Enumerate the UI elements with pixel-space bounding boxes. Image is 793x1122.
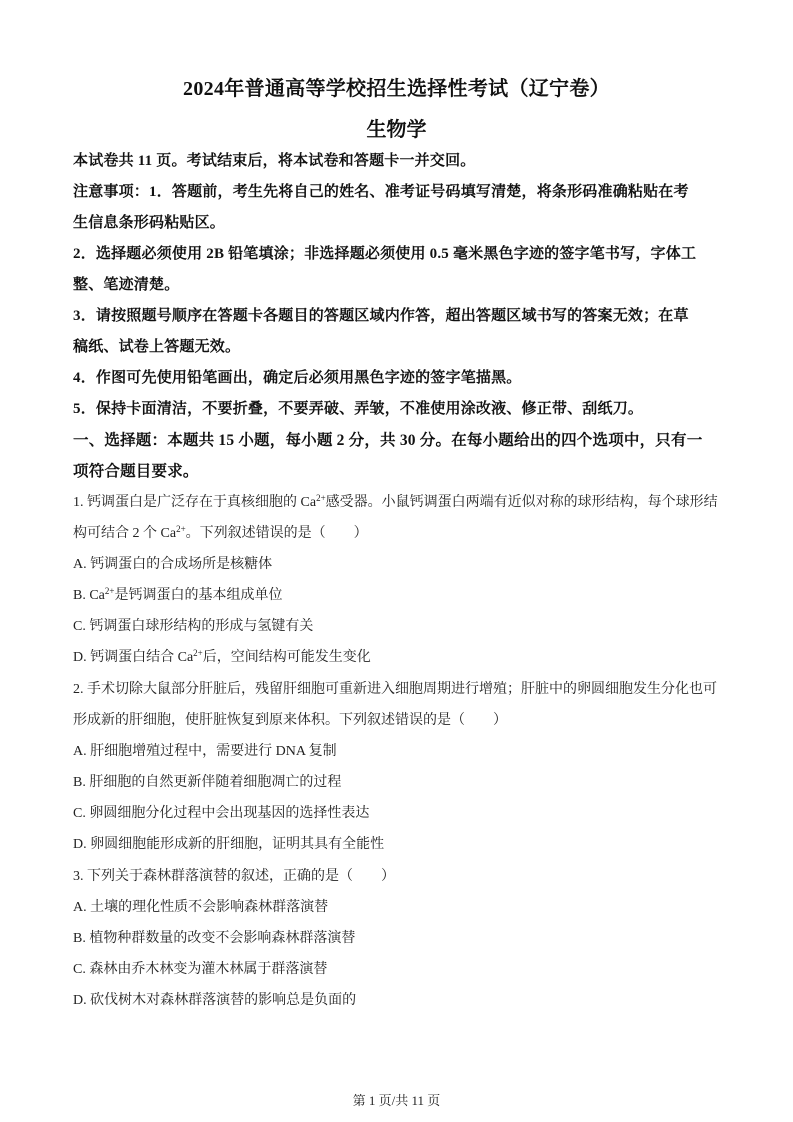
subject-title: 生物学: [0, 113, 793, 142]
notice-line: 3．请按照题号顺序在答题卡各题目的答题区域内作答，超出答题区域书写的答案无效；在…: [73, 301, 723, 332]
option-c: C. 卵圆细胞分化过程中会出现基因的选择性表达: [73, 798, 723, 829]
notice-line: 2．选择题必须使用 2B 铅笔填涂；非选择题必须使用 0.5 毫米黑色字迹的签字…: [73, 239, 723, 270]
exam-title: 2024年普通高等学校招生选择性考试（辽宁卷）: [0, 72, 793, 101]
section-heading-line: 一、选择题：本题共 15 小题，每小题 2 分，共 30 分。在每小题给出的四个…: [73, 425, 723, 456]
notice-line: 4．作图可先使用铅笔画出，确定后必须用黑色字迹的签字笔描黑。: [73, 363, 723, 394]
question-stem-line: 构可结合 2 个 Ca2+。下列叙述错误的是（ ）: [73, 518, 723, 549]
notice-line: 稿纸、试卷上答题无效。: [73, 332, 723, 363]
option-a: A. 钙调蛋白的合成场所是核糖体: [73, 549, 723, 580]
option-a: A. 肝细胞增殖过程中，需要进行 DNA 复制: [73, 736, 723, 767]
question-2: 2. 手术切除大鼠部分肝脏后，残留肝细胞可重新进入细胞周期进行增殖；肝脏中的卵圆…: [73, 674, 723, 860]
notice-line: 5．保持卡面清洁，不要折叠，不要弄破、弄皱，不准使用涂改液、修正带、刮纸刀。: [73, 394, 723, 425]
option-c: C. 森林由乔木林变为灌木林属于群落演替: [73, 954, 723, 985]
section-heading-line: 项符合题目要求。: [73, 456, 723, 487]
option-d: D. 钙调蛋白结合 Ca2+后，空间结构可能发生变化: [73, 642, 723, 673]
option-d: D. 卵圆细胞能形成新的肝细胞，证明其具有全能性: [73, 829, 723, 860]
notice-line: 生信息条形码粘贴区。: [73, 208, 723, 239]
exam-page: 2024年普通高等学校招生选择性考试（辽宁卷） 生物学 本试卷共 11 页。考试…: [0, 0, 793, 1122]
option-b: B. Ca2+是钙调蛋白的基本组成单位: [73, 580, 723, 611]
notice-line: 整、笔迹清楚。: [73, 270, 723, 301]
question-stem-line: 形成新的肝细胞，使肝脏恢复到原来体积。下列叙述错误的是（ ）: [73, 705, 723, 736]
question-stem-line: 2. 手术切除大鼠部分肝脏后，残留肝细胞可重新进入细胞周期进行增殖；肝脏中的卵圆…: [73, 674, 723, 705]
option-b: B. 植物种群数量的改变不会影响森林群落演替: [73, 923, 723, 954]
question-1: 1. 钙调蛋白是广泛存在于真核细胞的 Ca2+感受器。小鼠钙调蛋白两端有近似对称…: [73, 487, 723, 673]
question-stem-line: 3. 下列关于森林群落演替的叙述，正确的是（ ）: [73, 861, 723, 892]
notice-line: 注意事项：1．答题前，考生先将自己的姓名、准考证号码填写清楚，将条形码准确粘贴在…: [73, 177, 723, 208]
option-b: B. 肝细胞的自然更新伴随着细胞凋亡的过程: [73, 767, 723, 798]
intro-line: 本试卷共 11 页。考试结束后，将本试卷和答题卡一并交回。: [73, 146, 723, 177]
option-c: C. 钙调蛋白球形结构的形成与氢键有关: [73, 611, 723, 642]
page-number: 第 1 页/共 11 页: [0, 1090, 793, 1109]
option-a: A. 土壤的理化性质不会影响森林群落演替: [73, 892, 723, 923]
question-stem-line: 1. 钙调蛋白是广泛存在于真核细胞的 Ca2+感受器。小鼠钙调蛋白两端有近似对称…: [73, 487, 723, 518]
option-d: D. 砍伐树木对森林群落演替的影响总是负面的: [73, 985, 723, 1016]
instructions-block: 本试卷共 11 页。考试结束后，将本试卷和答题卡一并交回。 注意事项：1．答题前…: [73, 146, 723, 487]
question-3: 3. 下列关于森林群落演替的叙述，正确的是（ ） A. 土壤的理化性质不会影响森…: [73, 861, 723, 1016]
